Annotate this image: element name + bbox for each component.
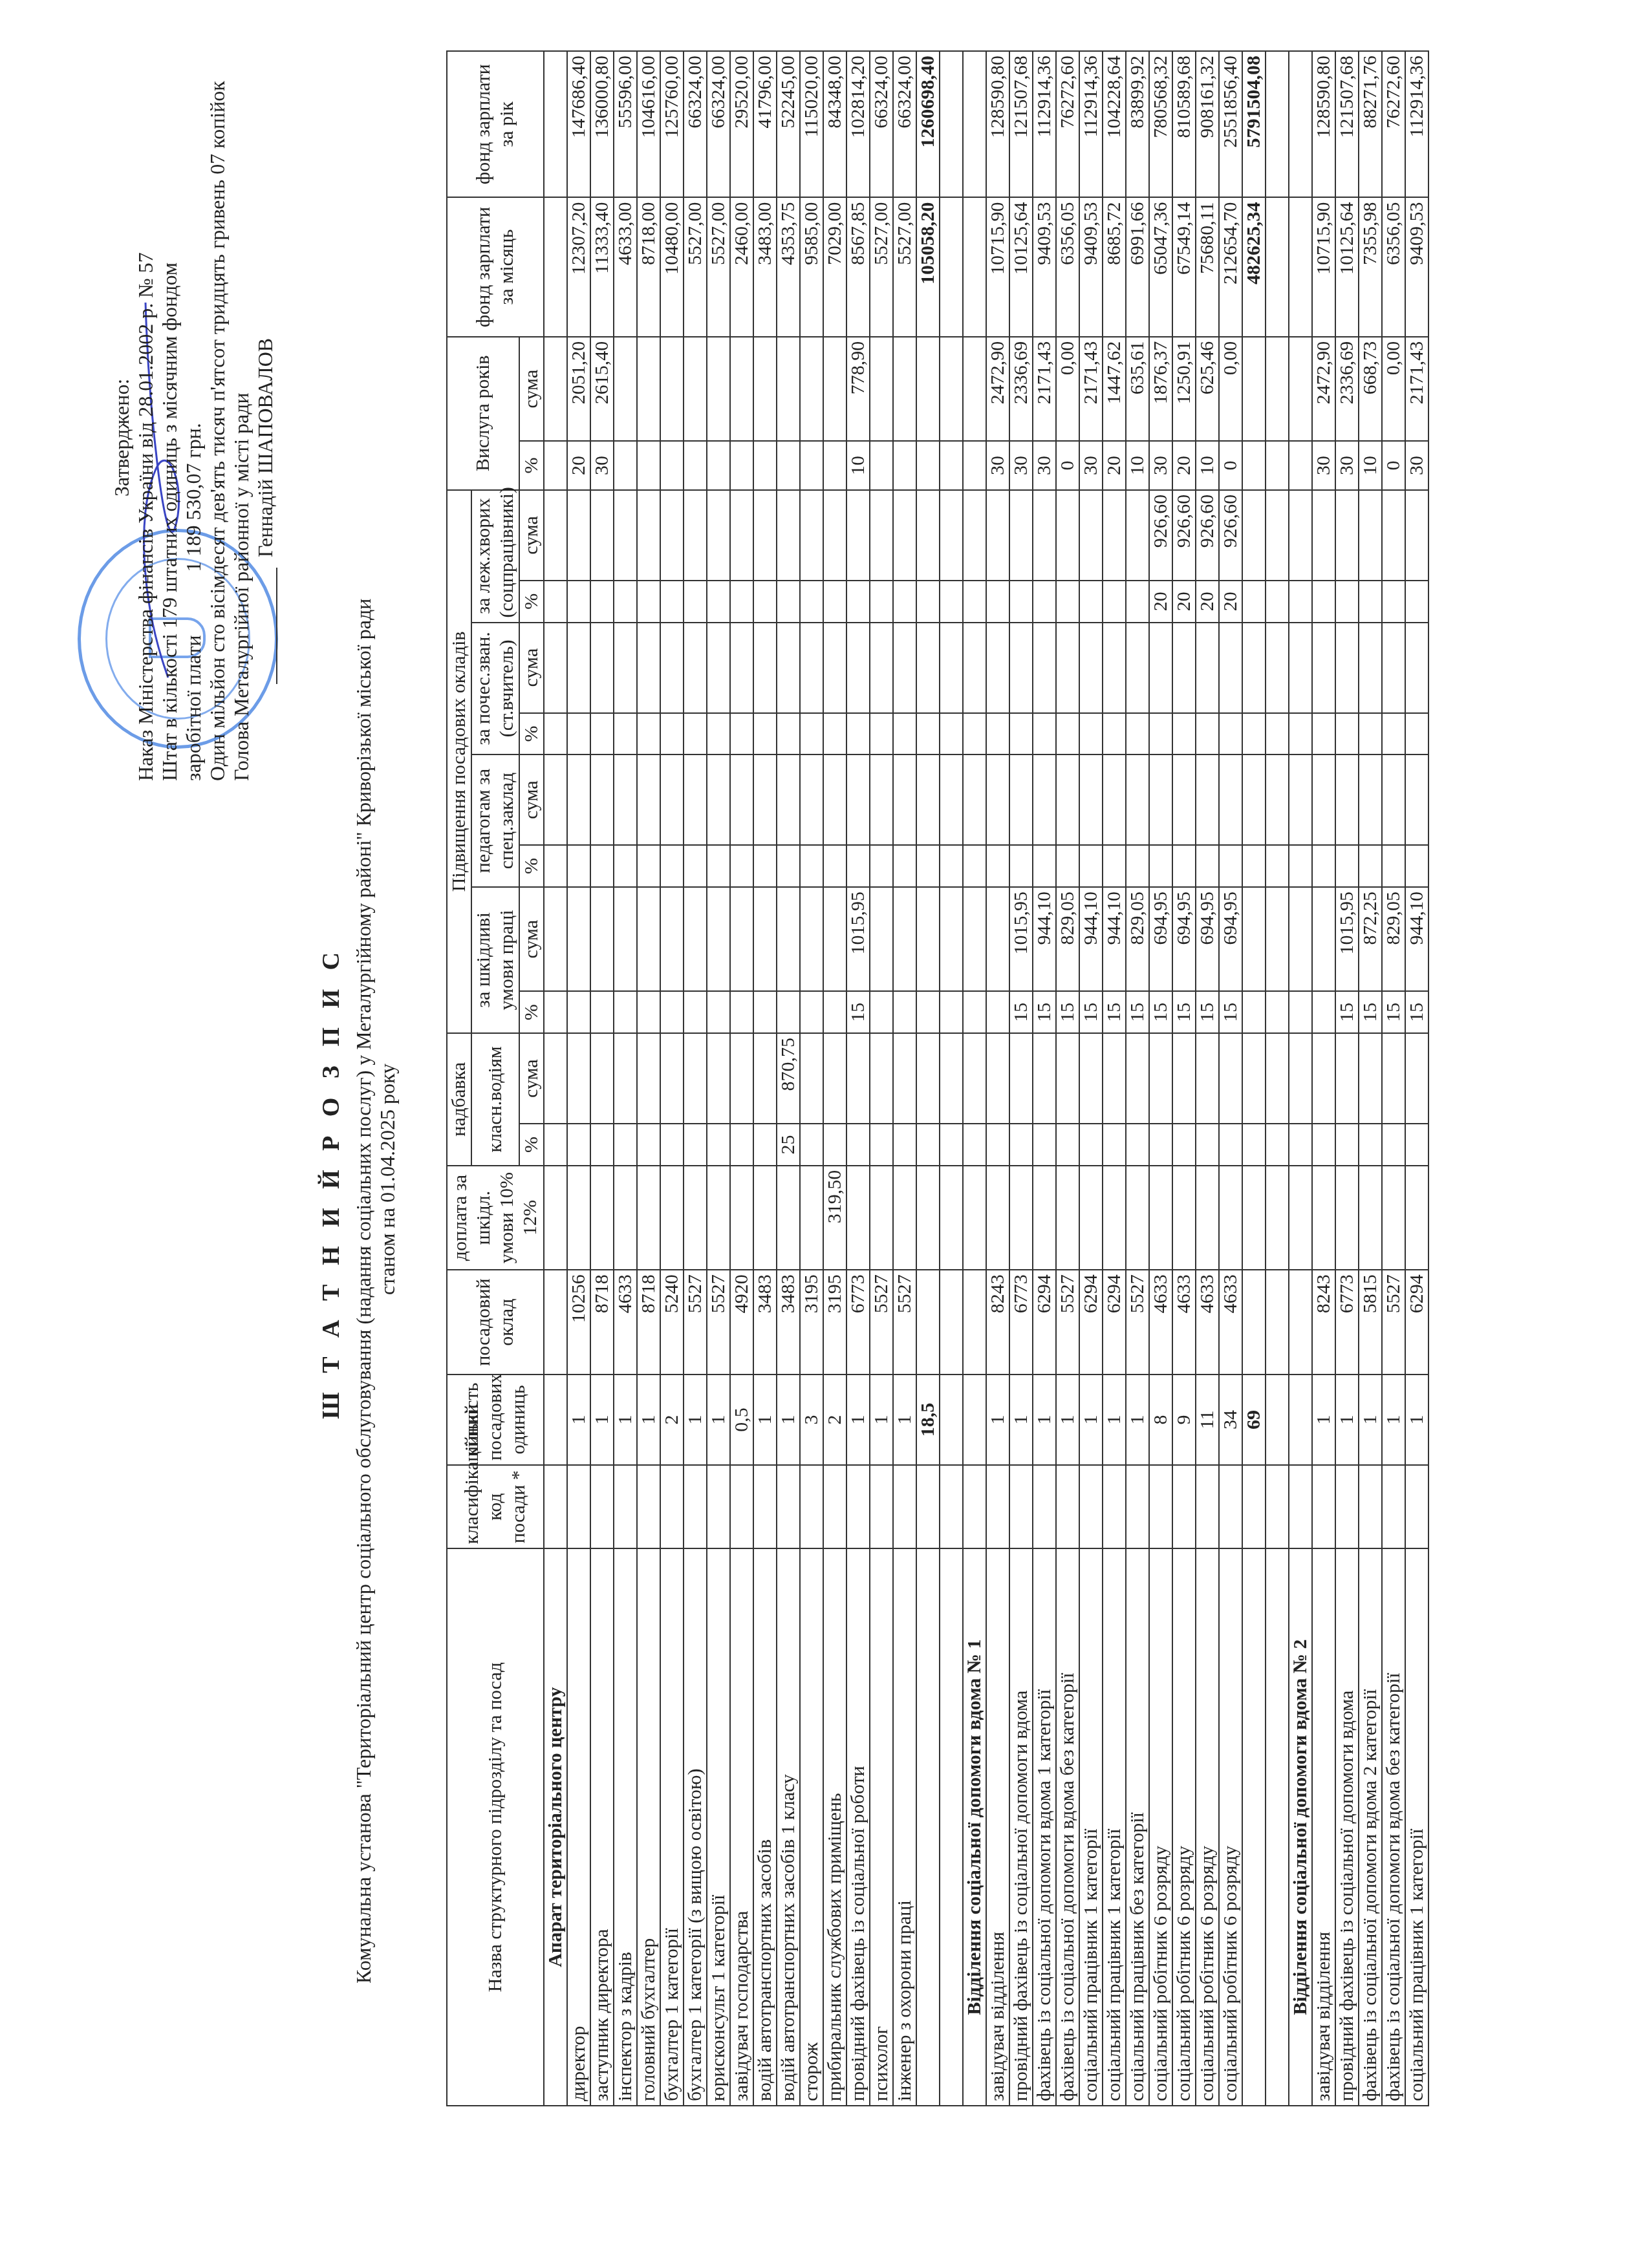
cell-sen-s: 2472,90	[986, 337, 1009, 442]
spacer-row	[940, 51, 963, 2106]
table-row: фахівець із соціальної допомоги вдома 1 …	[1033, 51, 1056, 2106]
cell-drv-s	[684, 1033, 707, 1124]
cell-drv-s	[1056, 1033, 1079, 1124]
cell-rb-s	[1079, 490, 1103, 581]
position-code	[1405, 1465, 1428, 1548]
empty-cell	[916, 441, 940, 489]
empty-cell	[544, 197, 567, 336]
cell-rh-s	[823, 887, 846, 992]
cell-salary: 4633	[1172, 1270, 1196, 1375]
empty-cell	[1289, 623, 1312, 713]
cell-sen-s: 668,73	[1359, 337, 1382, 442]
empty-cell	[544, 490, 567, 581]
position-code	[614, 1465, 637, 1548]
cell-month: 9585,00	[800, 197, 823, 336]
header-count: кількість посадових одиниць	[447, 1375, 544, 1465]
empty-cell	[1289, 1465, 1312, 1548]
cell-rt-p	[684, 845, 707, 887]
table-row: соціальний робітник 6 розряду9463315694,…	[1172, 51, 1196, 2106]
table-row: провідний фахівець із соціальної допомог…	[1009, 51, 1033, 2106]
empty-cell	[1289, 51, 1312, 197]
cell-month: 10715,90	[1312, 197, 1335, 336]
cell-sen-p: 0	[1219, 441, 1242, 489]
position-code	[1219, 1465, 1242, 1548]
cell-salary: 3195	[823, 1270, 846, 1375]
position-code	[986, 1465, 1009, 1548]
cell-rh-s	[637, 887, 660, 992]
cell-rz-p	[893, 713, 916, 755]
cell-rh-s	[1312, 887, 1335, 992]
cell-drv-p	[986, 1124, 1009, 1166]
position-name: соціальний робітник 6 розряду	[1219, 1548, 1242, 2106]
empty-cell	[1289, 887, 1312, 992]
empty-cell	[963, 754, 986, 845]
cell-drv-s: 870,75	[777, 1033, 800, 1124]
cell-salary: 6294	[1103, 1270, 1126, 1375]
cell-rt-p	[1149, 845, 1172, 887]
cell-rh-s: 694,95	[1149, 887, 1172, 992]
cell-rz-s	[1079, 623, 1103, 713]
cell-rz-s	[1103, 623, 1126, 713]
table-row: соціальний робітник 6 розряду8463315694,…	[1149, 51, 1172, 2106]
cell-rb-p	[800, 581, 823, 623]
cell-rh-s: 944,10	[1103, 887, 1126, 992]
document-title-block: Ш Т А Т Н И Й Р О З П И С Комунальна уст…	[317, 0, 400, 2268]
cell-rz-p	[1126, 713, 1149, 755]
cell-salary: 10256	[567, 1270, 590, 1375]
cell-drv-s	[1033, 1033, 1056, 1124]
cell-sen-p	[730, 441, 753, 489]
empty-cell	[1242, 754, 1266, 845]
cell-rz-p	[1405, 713, 1428, 755]
cell-salary: 5527	[1056, 1270, 1079, 1375]
cell-rz-p	[614, 713, 637, 755]
cell-rb-p	[1126, 581, 1149, 623]
cell-sen-s	[753, 337, 777, 442]
cell-rt-p	[707, 845, 730, 887]
cell-salary: 3483	[777, 1270, 800, 1375]
cell-harm	[1405, 1166, 1428, 1270]
cell-drv-s	[590, 1033, 614, 1124]
empty-cell	[1289, 337, 1312, 442]
header-fund-month: фонд зарплати за місяць	[447, 197, 544, 336]
cell-sen-s: 2051,20	[567, 337, 590, 442]
cell-rb-s: 926,60	[1196, 490, 1219, 581]
cell-harm	[1172, 1166, 1196, 1270]
cell-drv-s	[1172, 1033, 1196, 1124]
cell-sen-p: 30	[590, 441, 614, 489]
cell-salary: 6294	[1079, 1270, 1103, 1375]
cell-rh-s	[590, 887, 614, 992]
cell-drv-p	[707, 1124, 730, 1166]
empty-cell	[1266, 1124, 1289, 1166]
cell-sen-s	[637, 337, 660, 442]
cell-rb-p	[614, 581, 637, 623]
cell-rt-s	[707, 754, 730, 845]
empty-cell	[544, 581, 567, 623]
header-fund-year: фонд зарплати за рік	[447, 51, 544, 197]
cell-rz-s	[846, 623, 870, 713]
empty-cell	[1242, 1033, 1266, 1124]
empty-cell	[963, 845, 986, 887]
cell-rt-s	[777, 754, 800, 845]
empty-cell	[963, 337, 986, 442]
table-row: водій автотранспортних засобів134833483,…	[753, 51, 777, 2106]
cell-harm	[1382, 1166, 1405, 1270]
cell-drv-p	[1335, 1124, 1359, 1166]
header-pct: %	[519, 441, 544, 489]
cell-drv-s	[1149, 1033, 1172, 1124]
empty-cell	[544, 441, 567, 489]
position-code	[590, 1465, 614, 1548]
cell-sen-p	[684, 441, 707, 489]
cell-count: 11	[1196, 1375, 1219, 1465]
table-row: головний бухгалтер187188718,00104616,00	[637, 51, 660, 2106]
cell-drv-s	[637, 1033, 660, 1124]
table-row: провідний фахівець із соціальної роботи1…	[846, 51, 870, 2106]
empty-cell	[1242, 1166, 1266, 1270]
empty-cell	[1242, 1548, 1266, 2106]
empty-cell	[916, 991, 940, 1033]
cell-sen-p	[823, 441, 846, 489]
cell-rt-s	[1103, 754, 1126, 845]
empty-cell	[940, 991, 963, 1033]
cell-rb-s	[823, 490, 846, 581]
cell-rz-p	[753, 713, 777, 755]
table-row: прибиральник службових приміщень23195319…	[823, 51, 846, 2106]
empty-cell	[940, 754, 963, 845]
cell-rt-p	[986, 845, 1009, 887]
empty-cell	[544, 713, 567, 755]
position-code	[1079, 1465, 1103, 1548]
cell-rb-p	[1382, 581, 1405, 623]
cell-salary: 4920	[730, 1270, 753, 1375]
cell-rz-p	[823, 713, 846, 755]
cell-rh-p: 15	[1172, 991, 1196, 1033]
cell-sen-p: 0	[1056, 441, 1079, 489]
cell-drv-s	[1103, 1033, 1126, 1124]
section-title: Відділення соціальної допомоги вдома № 2	[1289, 1548, 1312, 2106]
cell-rz-p	[986, 713, 1009, 755]
cell-month: 9409,53	[1405, 197, 1428, 336]
empty-cell	[963, 197, 986, 336]
empty-cell	[1266, 754, 1289, 845]
cell-drv-s	[1405, 1033, 1428, 1124]
cell-count: 1	[846, 1375, 870, 1465]
cell-salary: 5240	[660, 1270, 684, 1375]
cell-year: 66324,00	[870, 51, 893, 197]
empty-cell	[1242, 1124, 1266, 1166]
cell-count: 2	[660, 1375, 684, 1465]
cell-month: 7029,00	[823, 197, 846, 336]
cell-rz-s	[1126, 623, 1149, 713]
cell-rb-p	[1405, 581, 1428, 623]
cell-count: 1	[777, 1375, 800, 1465]
cell-rt-s	[870, 754, 893, 845]
cell-rt-p	[1359, 845, 1382, 887]
cell-rt-p	[777, 845, 800, 887]
header-sum: сума	[519, 337, 544, 442]
cell-count: 1	[590, 1375, 614, 1465]
cell-rz-p	[1056, 713, 1079, 755]
cell-sen-s: 2171,43	[1033, 337, 1056, 442]
cell-count: 1	[684, 1375, 707, 1465]
cell-rh-p	[800, 991, 823, 1033]
cell-sen-s: 2171,43	[1405, 337, 1428, 442]
cell-count: 1	[637, 1375, 660, 1465]
cell-sen-s: 2171,43	[1079, 337, 1103, 442]
cell-rh-p: 15	[1149, 991, 1172, 1033]
cell-rt-p	[1103, 845, 1126, 887]
cell-harm	[753, 1166, 777, 1270]
approval-staff-line: Штат в кількості 179 штатних одиниць з м…	[158, 70, 182, 781]
empty-cell	[1289, 1166, 1312, 1270]
cell-rt-p	[1405, 845, 1428, 887]
cell-rz-s	[893, 623, 916, 713]
cell-rb-s	[1009, 490, 1033, 581]
position-code	[1382, 1465, 1405, 1548]
cell-drv-s	[870, 1033, 893, 1124]
cell-rt-p	[1312, 845, 1335, 887]
staff-schedule-sheet: Затверджено: Наказ Міністерства фінансів…	[0, 0, 1649, 2268]
cell-rb-p: 20	[1172, 581, 1196, 623]
cell-sen-p: 30	[1149, 441, 1172, 489]
cell-rh-p	[684, 991, 707, 1033]
cell-salary: 6773	[1335, 1270, 1359, 1375]
cell-rh-p: 15	[1033, 991, 1056, 1033]
cell-drv-p	[1405, 1124, 1428, 1166]
cell-sen-s	[870, 337, 893, 442]
empty-cell	[1289, 991, 1312, 1033]
position-name: бухгалтер 1 категорії	[660, 1548, 684, 2106]
empty-cell	[940, 887, 963, 992]
cell-sen-s	[777, 337, 800, 442]
cell-rz-s	[590, 623, 614, 713]
cell-rb-s	[846, 490, 870, 581]
cell-harm	[846, 1166, 870, 1270]
cell-year: 76272,60	[1382, 51, 1405, 197]
cell-rz-s	[823, 623, 846, 713]
cell-drv-s	[1335, 1033, 1359, 1124]
cell-drv-s	[753, 1033, 777, 1124]
cell-drv-p	[1172, 1124, 1196, 1166]
position-name: водій автотранспортних засобів 1 класу	[777, 1548, 800, 2106]
cell-month: 9409,53	[1079, 197, 1103, 336]
cell-rb-p	[753, 581, 777, 623]
cell-sen-s: 0,00	[1056, 337, 1079, 442]
cell-count: 2	[823, 1375, 846, 1465]
cell-salary: 6294	[1405, 1270, 1428, 1375]
table-row: провідний фахівець із соціальної допомог…	[1335, 51, 1359, 2106]
empty-cell	[1242, 845, 1266, 887]
table-row: соціальний робітник 6 розряду11463315694…	[1196, 51, 1219, 2106]
empty-cell	[1289, 490, 1312, 581]
table-row: психолог155275527,0066324,00	[870, 51, 893, 2106]
total-count: 69	[1242, 1375, 1266, 1465]
empty-cell	[544, 1270, 567, 1375]
position-name: фахівець із соціальної допомоги вдома бе…	[1382, 1548, 1405, 2106]
empty-cell	[544, 1166, 567, 1270]
empty-cell	[940, 197, 963, 336]
cell-year: 88271,76	[1359, 51, 1382, 197]
cell-rt-s	[1405, 754, 1428, 845]
empty-cell	[1266, 1465, 1289, 1548]
cell-drv-p	[1196, 1124, 1219, 1166]
cell-sen-p: 30	[1033, 441, 1056, 489]
cell-rt-p	[800, 845, 823, 887]
cell-year: 66324,00	[707, 51, 730, 197]
empty-cell	[963, 1465, 986, 1548]
cell-month: 10715,90	[986, 197, 1009, 336]
cell-rb-s	[1335, 490, 1359, 581]
cell-drv-p	[590, 1124, 614, 1166]
header-pct: %	[519, 991, 544, 1033]
cell-harm: 319,50	[823, 1166, 846, 1270]
cell-rh-s: 944,10	[1033, 887, 1056, 992]
cell-rt-p	[1335, 845, 1359, 887]
cell-rb-s	[707, 490, 730, 581]
cell-rh-s: 944,10	[1405, 887, 1428, 992]
cell-rb-p	[684, 581, 707, 623]
cell-sen-p	[660, 441, 684, 489]
total-fund-month: 482625,34	[1242, 197, 1266, 336]
cell-rt-s	[1009, 754, 1033, 845]
cell-drv-s	[1312, 1033, 1335, 1124]
empty-cell	[963, 1166, 986, 1270]
position-code	[800, 1465, 823, 1548]
cell-sen-s	[823, 337, 846, 442]
cell-drv-s	[1219, 1033, 1242, 1124]
cell-year: 104228,64	[1103, 51, 1126, 197]
cell-count: 1	[986, 1375, 1009, 1465]
table-row: соціальний працівник 1 категорії16294159…	[1103, 51, 1126, 2106]
cell-rt-s	[1335, 754, 1359, 845]
empty-cell	[1289, 1375, 1312, 1465]
cell-sen-s: 1876,37	[1149, 337, 1172, 442]
cell-harm	[614, 1166, 637, 1270]
cell-rt-s	[590, 754, 614, 845]
position-code	[846, 1465, 870, 1548]
cell-salary: 4633	[1196, 1270, 1219, 1375]
cell-year: 780568,32	[1149, 51, 1172, 197]
cell-salary: 5527	[1382, 1270, 1405, 1375]
cell-salary: 6773	[846, 1270, 870, 1375]
cell-rz-s	[567, 623, 590, 713]
cell-rt-p	[614, 845, 637, 887]
cell-rb-s	[1103, 490, 1126, 581]
cell-sen-s: 2336,69	[1009, 337, 1033, 442]
position-code	[707, 1465, 730, 1548]
position-code	[1196, 1465, 1219, 1548]
empty-cell	[916, 337, 940, 442]
cell-sen-s	[893, 337, 916, 442]
cell-salary: 8718	[637, 1270, 660, 1375]
empty-cell	[940, 1375, 963, 1465]
cell-count: 3	[800, 1375, 823, 1465]
position-code	[777, 1465, 800, 1548]
cell-drv-p	[730, 1124, 753, 1166]
empty-cell	[963, 581, 986, 623]
cell-count: 1	[1079, 1375, 1103, 1465]
empty-cell	[1266, 713, 1289, 755]
cell-month: 4633,00	[614, 197, 637, 336]
empty-cell	[1242, 490, 1266, 581]
document-title: Ш Т А Т Н И Й Р О З П И С	[317, 97, 345, 2268]
cell-count: 1	[1009, 1375, 1033, 1465]
cell-rz-p	[590, 713, 614, 755]
cell-rb-p	[1009, 581, 1033, 623]
empty-cell	[1266, 991, 1289, 1033]
cell-year: 2551856,40	[1219, 51, 1242, 197]
cell-count: 1	[1126, 1375, 1149, 1465]
position-code	[660, 1465, 684, 1548]
cell-rz-p	[1382, 713, 1405, 755]
header-sum: сума	[519, 1033, 544, 1124]
cell-month: 8718,00	[637, 197, 660, 336]
cell-salary: 5815	[1359, 1270, 1382, 1375]
header-raise-title: за почес.зван. (ст.вчитель)	[471, 623, 519, 755]
empty-cell	[1266, 1270, 1289, 1375]
empty-cell	[1266, 581, 1289, 623]
empty-cell	[1266, 623, 1289, 713]
cell-drv-s	[893, 1033, 916, 1124]
position-code	[730, 1465, 753, 1548]
cell-salary: 3195	[800, 1270, 823, 1375]
empty-cell	[963, 1033, 986, 1124]
position-code	[1126, 1465, 1149, 1548]
cell-rb-p	[637, 581, 660, 623]
cell-rh-p	[590, 991, 614, 1033]
cell-rh-p: 15	[1405, 991, 1428, 1033]
header-sum: сума	[519, 623, 544, 713]
empty-cell	[544, 337, 567, 442]
header-salary: посадовий оклад	[447, 1270, 544, 1375]
cell-harm	[870, 1166, 893, 1270]
empty-cell	[963, 1270, 986, 1375]
cell-rh-p: 15	[1079, 991, 1103, 1033]
cell-rt-s	[1359, 754, 1382, 845]
table-row: бухгалтер 1 категорії2524010480,00125760…	[660, 51, 684, 2106]
cell-rt-s	[1312, 754, 1335, 845]
cell-rb-s	[590, 490, 614, 581]
cell-rz-s	[1009, 623, 1033, 713]
cell-rt-p	[1382, 845, 1405, 887]
empty-cell	[1266, 887, 1289, 992]
cell-rb-s	[637, 490, 660, 581]
cell-rz-p	[1149, 713, 1172, 755]
cell-year: 112914,36	[1079, 51, 1103, 197]
empty-cell	[916, 1465, 940, 1548]
cell-harm	[1056, 1166, 1079, 1270]
table-row: завідувач відділення18243302472,9010715,…	[1312, 51, 1335, 2106]
cell-harm	[660, 1166, 684, 1270]
cell-drv-p	[870, 1124, 893, 1166]
empty-cell	[1266, 337, 1289, 442]
empty-cell	[963, 51, 986, 197]
cell-sen-s: 1447,62	[1103, 337, 1126, 442]
cell-rb-p	[986, 581, 1009, 623]
empty-cell	[940, 1166, 963, 1270]
cell-drv-p	[846, 1124, 870, 1166]
cell-sen-p	[614, 441, 637, 489]
cell-rh-s	[986, 887, 1009, 992]
cell-rh-s	[684, 887, 707, 992]
empty-cell	[916, 845, 940, 887]
cell-rh-p: 15	[1359, 991, 1382, 1033]
cell-month: 5527,00	[684, 197, 707, 336]
cell-rb-s	[1056, 490, 1079, 581]
cell-sen-s: 2336,69	[1335, 337, 1359, 442]
